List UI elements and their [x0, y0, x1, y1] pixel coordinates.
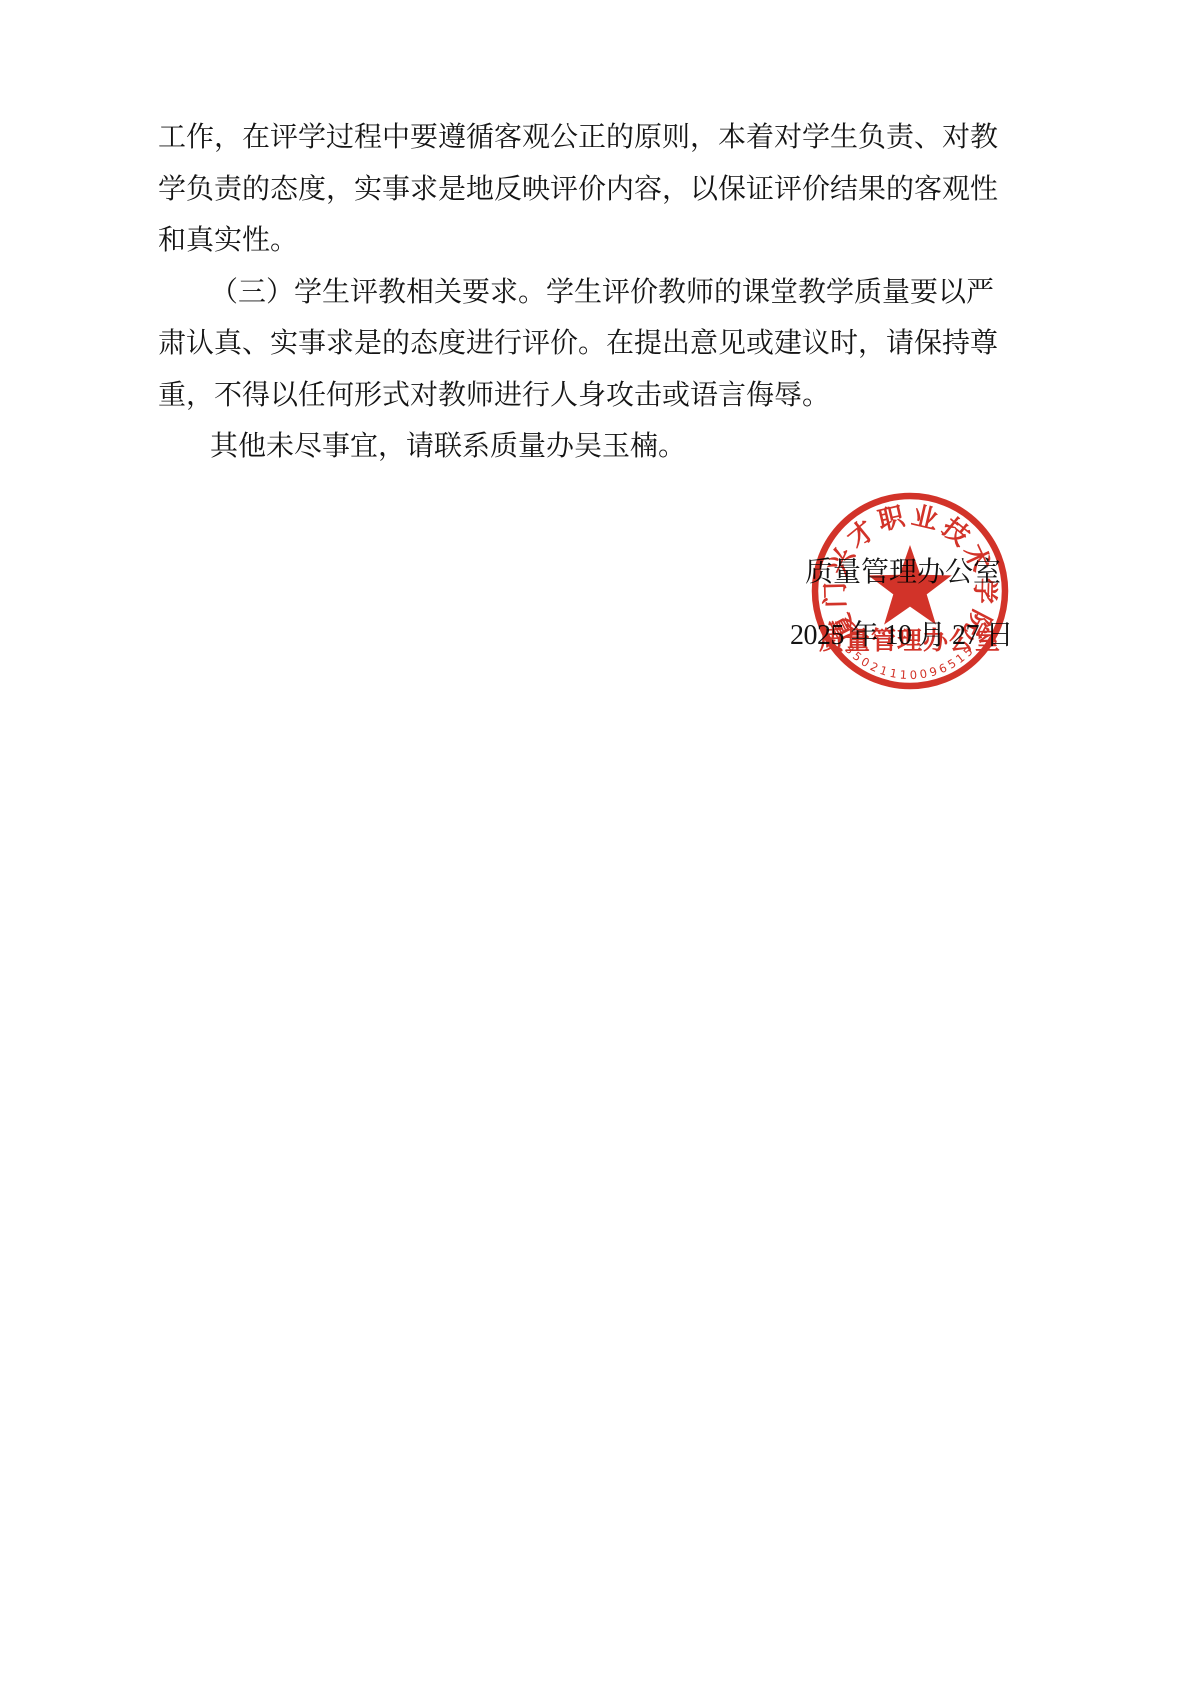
body-text-line: 肃认真、实事求是的态度进行评价。在提出意见或建议时，请保持尊 [158, 318, 1018, 370]
star-icon [868, 545, 952, 625]
document-page: 工作，在评学过程中要遵循客观公正的原则，本着对学生负责、对教 学负责的态度，实事… [0, 0, 1191, 1684]
body-text-line: （三）学生评教相关要求。学生评价教师的课堂教学质量要以严 [158, 267, 1018, 319]
official-seal: 厦门兴才职业技术学院 质量管理办公室 35021110096515 [805, 486, 1015, 696]
body-text-line: 重，不得以任何形式对教师进行人身攻击或语言侮辱。 [158, 370, 1018, 422]
body-text-line: 学负责的态度，实事求是地反映评价内容，以保证评价结果的客观性 [158, 164, 1018, 216]
body-text-line: 其他未尽事宜，请联系质量办吴玉楠。 [158, 421, 1018, 473]
body-text-line: 和真实性。 [158, 215, 1018, 267]
body-text-line: 工作，在评学过程中要遵循客观公正的原则，本着对学生负责、对教 [158, 112, 1018, 164]
document-body: 工作，在评学过程中要遵循客观公正的原则，本着对学生负责、对教 学负责的态度，实事… [158, 112, 1018, 473]
